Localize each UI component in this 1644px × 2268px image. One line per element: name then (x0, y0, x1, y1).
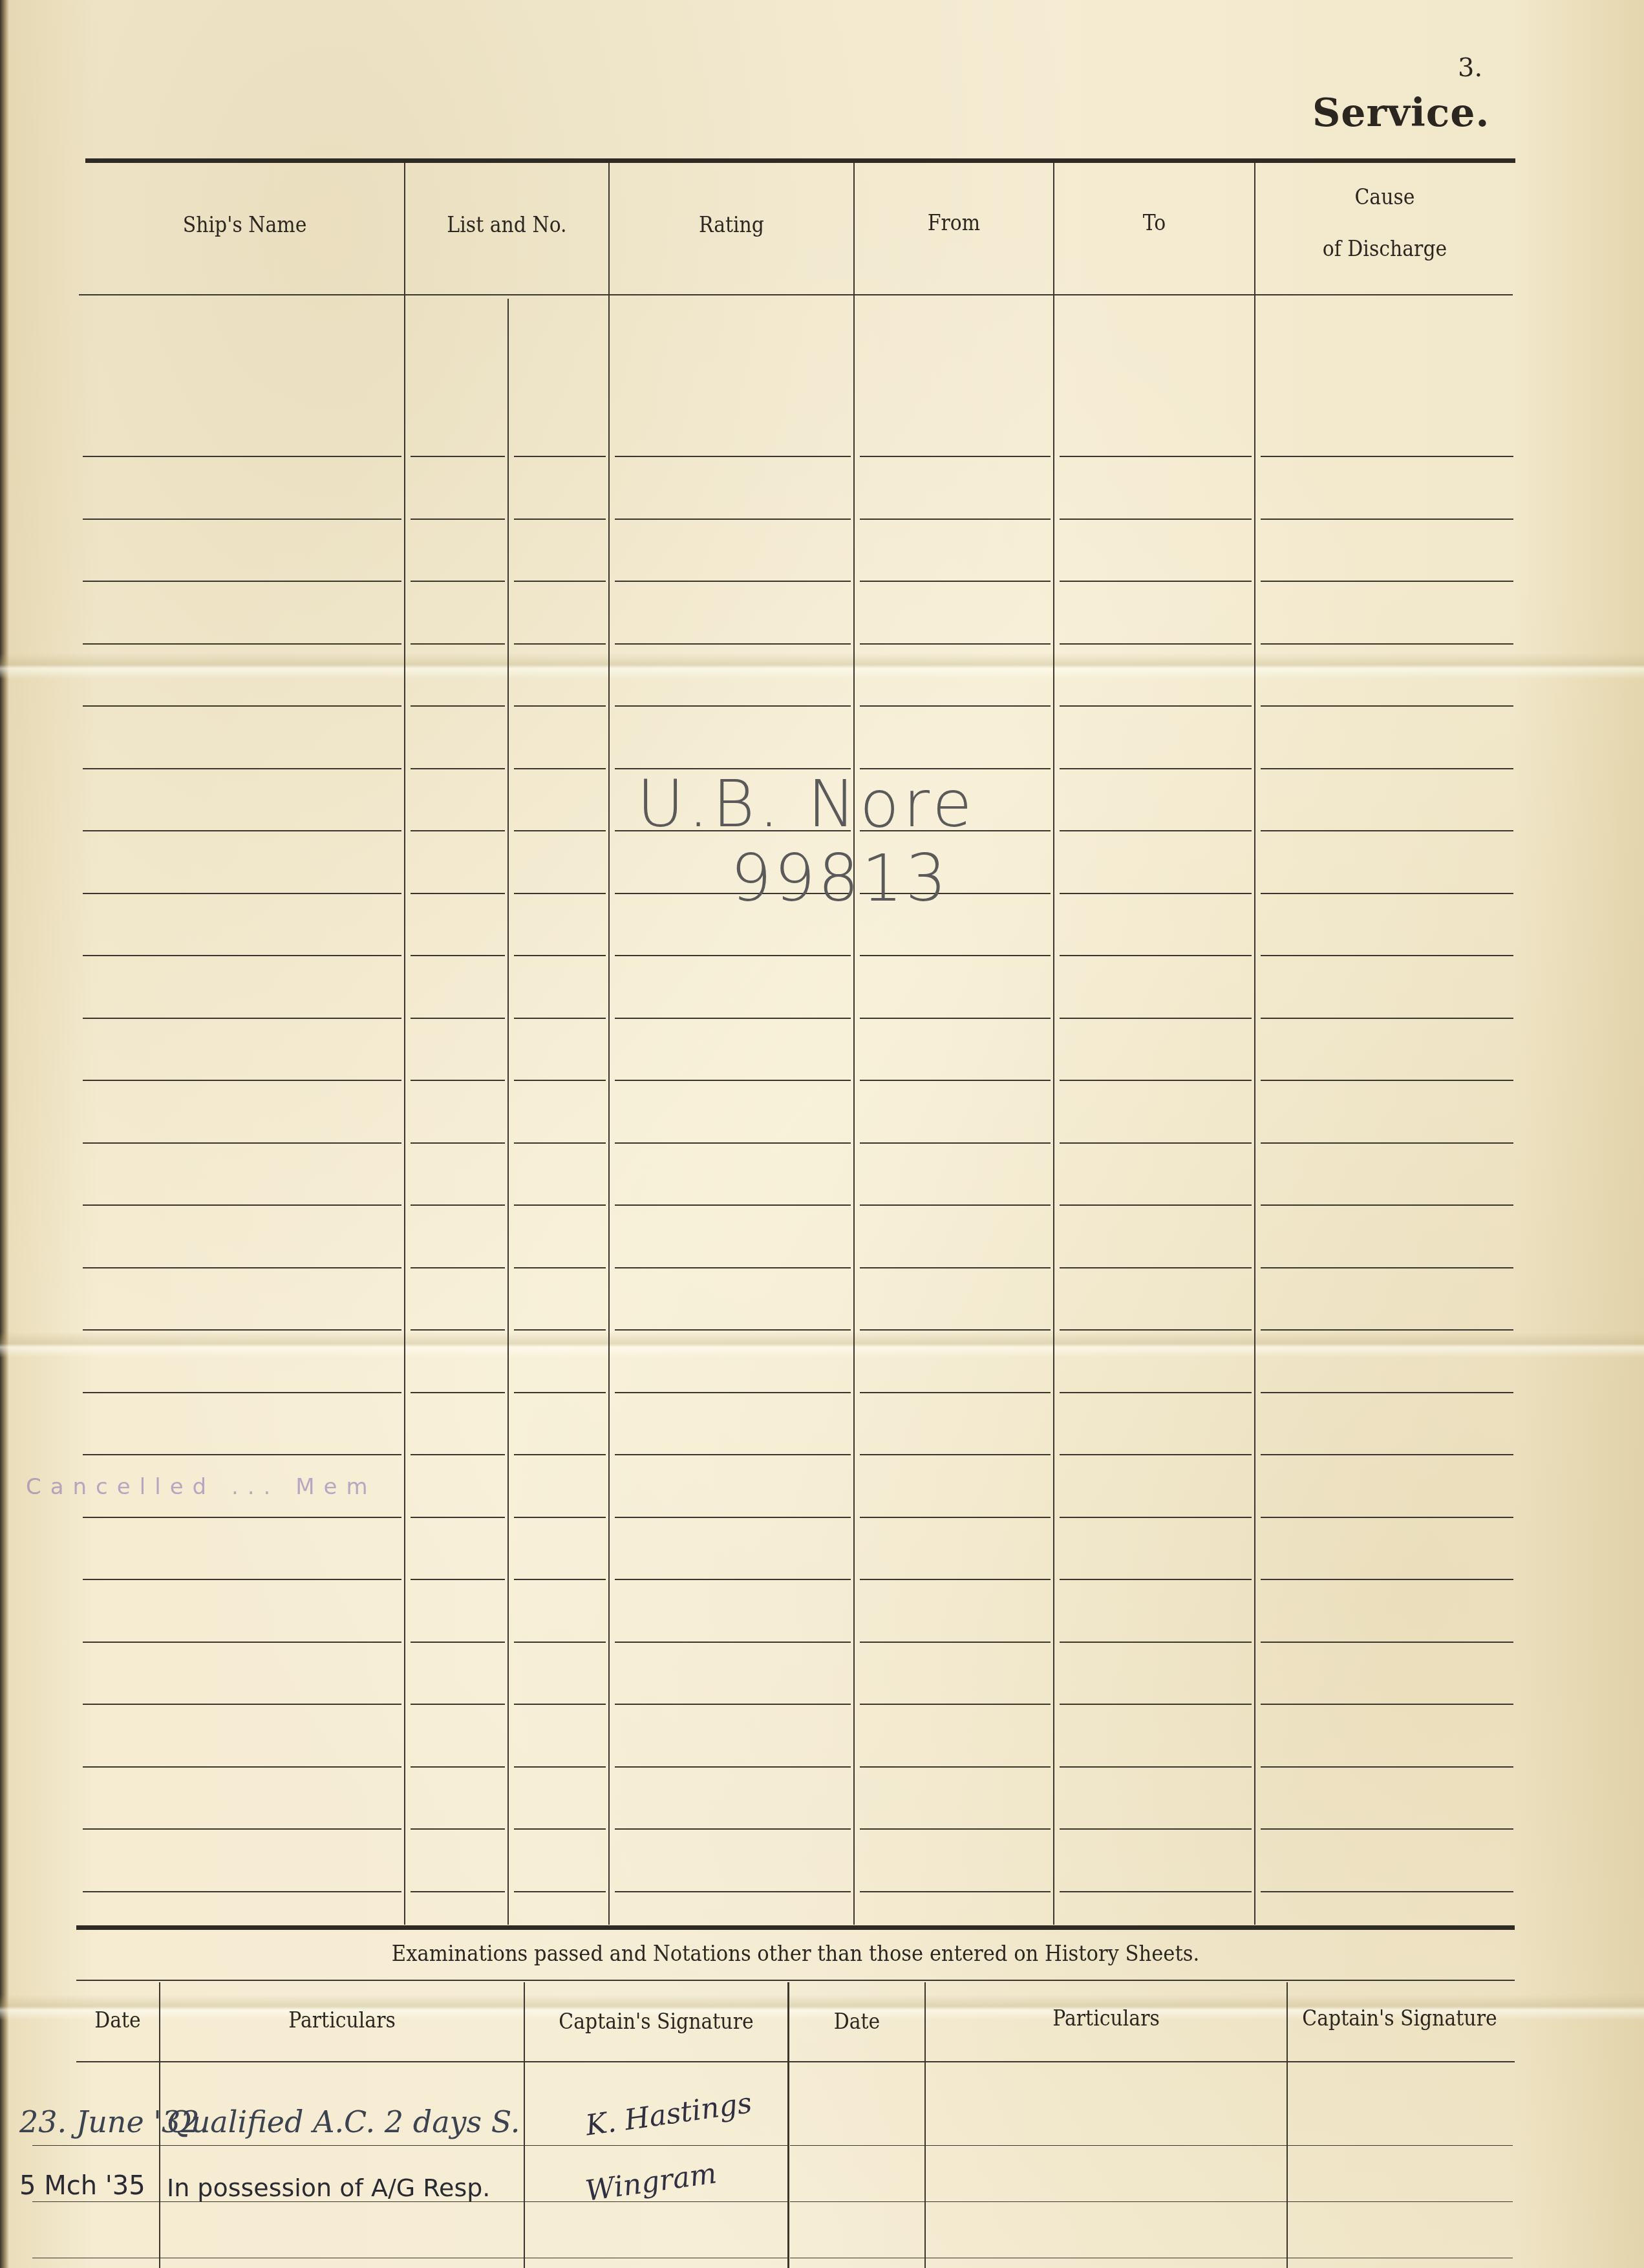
table-row-rule (514, 519, 606, 520)
table-row-rule (1261, 768, 1513, 769)
pencil-note-line2: 99813 (731, 840, 949, 916)
table-row-rule (83, 830, 401, 831)
faint-stamp: Cancelled ... Mem (26, 1474, 377, 1500)
table-row-rule (514, 456, 606, 457)
table-row-rule (83, 705, 401, 707)
table-row-rule (514, 1579, 606, 1580)
table-row-rule (615, 705, 851, 707)
table-row-rule (514, 581, 606, 582)
table-row-rule (411, 1080, 505, 1081)
table-row-rule (615, 1766, 851, 1768)
table-row-rule (1060, 1204, 1252, 1206)
exam-col-particulars-right: Particulars (947, 2006, 1265, 2031)
column-divider (787, 1982, 789, 2268)
table-row-rule (1060, 519, 1252, 520)
table-row-rule (83, 581, 401, 582)
table-row-rule (1261, 1454, 1513, 1455)
table-row-rule (83, 643, 401, 645)
column-header-to: To (1067, 210, 1243, 236)
table-row-rule (411, 1142, 505, 1144)
table-row-rule (860, 1642, 1051, 1643)
table-row-rule (1060, 1454, 1252, 1455)
table-row-rule (514, 768, 606, 769)
table-row-rule (1060, 1517, 1252, 1518)
table-row-rule (83, 1080, 401, 1081)
table-row-rule (411, 1454, 505, 1455)
exam-col-particulars-left: Particulars (182, 2007, 502, 2033)
table-row-rule (615, 1517, 851, 1518)
table-row-rule (514, 1204, 606, 1206)
table-row-rule (83, 955, 401, 956)
table-row-rule (514, 1766, 606, 1768)
table-row-rule (1060, 1891, 1252, 1892)
table-row-rule (83, 1142, 401, 1144)
table-row-rule (411, 1204, 505, 1206)
table-row-rule (411, 1517, 505, 1518)
table-row-rule (860, 955, 1051, 956)
table-row-rule (615, 456, 851, 457)
top-thick-rule (85, 158, 1515, 163)
table-row-rule (615, 1579, 851, 1580)
table-row-rule (860, 643, 1051, 645)
table-row-rule (514, 705, 606, 707)
table-row-rule (83, 1828, 401, 1830)
table-row-rule (411, 643, 505, 645)
header-bottom-rule (79, 294, 1513, 295)
table-row-rule (83, 1704, 401, 1705)
table-row-rule (1261, 1267, 1513, 1268)
table-row-rule (1261, 1018, 1513, 1019)
table-row-rule (615, 955, 851, 956)
table-row-rule (411, 768, 505, 769)
exam-header-bottom-rule (76, 2061, 1515, 2062)
exam-row-rule (790, 2201, 1513, 2202)
table-row-rule (615, 1454, 851, 1455)
table-row-rule (411, 1329, 505, 1331)
table-row-rule (83, 893, 401, 894)
column-header-from: From (866, 210, 1041, 236)
table-row-rule (615, 581, 851, 582)
table-row-rule (1261, 955, 1513, 956)
table-row-rule (411, 1642, 505, 1643)
table-row-rule (514, 643, 606, 645)
table-row-rule (615, 1891, 851, 1892)
table-row-rule (1060, 1080, 1252, 1081)
table-row-rule (615, 1018, 851, 1019)
column-header-ships-name: Ship's Name (105, 212, 385, 238)
table-row-rule (1261, 830, 1513, 831)
column-divider (853, 163, 855, 1925)
paper-fold-middle (0, 1332, 1644, 1358)
exam-col-date-left: Date (81, 2007, 155, 2033)
table-row-rule (615, 1142, 851, 1144)
table-row-rule (1261, 1766, 1513, 1768)
column-header-rating: Rating (625, 212, 839, 238)
table-row-rule (514, 893, 606, 894)
table-row-rule (615, 643, 851, 645)
table-row-rule (615, 1704, 851, 1705)
table-row-rule (1060, 643, 1252, 645)
table-row-rule (1060, 581, 1252, 582)
table-row-rule (411, 1704, 505, 1705)
table-row-rule (411, 1267, 505, 1268)
table-row-rule (860, 1142, 1051, 1144)
table-row-rule (514, 1454, 606, 1455)
table-row-rule (514, 1267, 606, 1268)
table-row-rule (1060, 1828, 1252, 1830)
table-row-rule (514, 1517, 606, 1518)
table-row-rule (860, 1704, 1051, 1705)
section-thick-rule (76, 1925, 1515, 1930)
table-row-rule (411, 893, 505, 894)
table-row-rule (1261, 1329, 1513, 1331)
table-row-rule (83, 1204, 401, 1206)
table-row-rule (1060, 1579, 1252, 1580)
table-row-rule (1060, 768, 1252, 769)
table-row-rule (514, 1142, 606, 1144)
pencil-note-line1: U.B. Nore (637, 766, 976, 842)
entry-1-signature: K. Hastings (584, 2086, 754, 2143)
table-row-rule (860, 1329, 1051, 1331)
column-divider (608, 163, 610, 1925)
table-row-rule (860, 1579, 1051, 1580)
column-divider (924, 1982, 926, 2268)
table-row-rule (1060, 1392, 1252, 1393)
table-row-rule (514, 955, 606, 956)
table-row-rule (1060, 955, 1252, 956)
table-row-rule (514, 1018, 606, 1019)
table-row-rule (1261, 705, 1513, 707)
table-row-rule (411, 705, 505, 707)
table-row-rule (411, 519, 505, 520)
column-divider (524, 1982, 525, 2268)
table-row-rule (1261, 893, 1513, 894)
table-row-rule (1261, 1080, 1513, 1081)
page-title: Service. (1312, 91, 1489, 136)
table-row-rule (1060, 1642, 1252, 1643)
table-row-rule (1060, 705, 1252, 707)
table-row-rule (860, 705, 1051, 707)
table-row-rule (1060, 893, 1252, 894)
table-row-rule (83, 1267, 401, 1268)
table-row-rule (1261, 1579, 1513, 1580)
table-row-rule (514, 1392, 606, 1393)
table-row-rule (1261, 1204, 1513, 1206)
table-row-rule (615, 1267, 851, 1268)
table-row-rule (1060, 1329, 1252, 1331)
table-row-rule (514, 1891, 606, 1892)
table-row-rule (83, 1642, 401, 1643)
table-row-rule (83, 1392, 401, 1393)
table-row-rule (514, 1704, 606, 1705)
column-divider (404, 163, 405, 1925)
entry-2-date: 5 Mch '35 (19, 2171, 145, 2201)
examinations-heading: Examinations passed and Notations other … (148, 1941, 1443, 1967)
table-row-rule (411, 456, 505, 457)
table-row-rule (83, 768, 401, 769)
table-row-rule (1261, 1704, 1513, 1705)
entry-2-particulars: In possession of A/G Resp. (167, 2174, 490, 2202)
table-row-rule (615, 1080, 851, 1081)
table-row-rule (860, 1204, 1051, 1206)
table-row-rule (411, 1828, 505, 1830)
table-row-rule (615, 1329, 851, 1331)
table-row-rule (514, 830, 606, 831)
table-row-rule (1060, 1766, 1252, 1768)
table-row-rule (860, 1392, 1051, 1393)
table-row-rule (1261, 519, 1513, 520)
table-row-rule (411, 1018, 505, 1019)
table-row-rule (615, 1204, 851, 1206)
table-row-rule (1060, 1018, 1252, 1019)
table-row-rule (1261, 643, 1513, 645)
table-row-rule (514, 1080, 606, 1081)
table-row-rule (1060, 456, 1252, 457)
table-row-rule (860, 1517, 1051, 1518)
table-row-rule (860, 1080, 1051, 1081)
column-header-list-and-no: List and No. (418, 212, 596, 238)
table-row-rule (514, 1329, 606, 1331)
table-row-rule (83, 1579, 401, 1580)
table-row-rule (615, 519, 851, 520)
table-row-rule (411, 581, 505, 582)
exam-row-rule (790, 2145, 1513, 2146)
column-subdivider (507, 299, 509, 1925)
table-row-rule (83, 1766, 401, 1768)
table-row-rule (860, 1018, 1051, 1019)
paper-fold-upper (0, 653, 1644, 679)
table-row-rule (860, 1828, 1051, 1830)
exam-col-signature-left: Captain's Signature (540, 2009, 771, 2035)
table-row-rule (1261, 456, 1513, 457)
table-row-rule (860, 1454, 1051, 1455)
column-header-cause: Cause (1271, 184, 1499, 210)
table-row-rule (83, 1018, 401, 1019)
table-row-rule (860, 581, 1051, 582)
table-row-rule (83, 1454, 401, 1455)
page-number: 3. (1458, 53, 1482, 83)
table-row-rule (1261, 581, 1513, 582)
table-row-rule (83, 519, 401, 520)
table-row-rule (1261, 1828, 1513, 1830)
table-row-rule (1060, 1142, 1252, 1144)
exam-row-rule (790, 2258, 1513, 2258)
table-row-rule (1261, 1642, 1513, 1643)
table-row-rule (411, 1579, 505, 1580)
exam-row-rule (32, 2258, 787, 2258)
table-row-rule (514, 1828, 606, 1830)
entry-1-particulars: Qualified A.C. 2 days S. (167, 2104, 520, 2139)
table-row-rule (514, 1642, 606, 1643)
table-row-rule (1261, 1517, 1513, 1518)
exam-col-date-right: Date (798, 2009, 917, 2035)
table-row-rule (83, 456, 401, 457)
column-divider (1254, 163, 1255, 1925)
column-divider (1053, 163, 1054, 1925)
table-row-rule (1060, 1267, 1252, 1268)
table-row-rule (860, 1267, 1051, 1268)
exam-row-rule (32, 2145, 787, 2146)
table-row-rule (411, 1891, 505, 1892)
table-row-rule (1060, 830, 1252, 831)
table-row-rule (411, 1766, 505, 1768)
table-row-rule (411, 955, 505, 956)
table-row-rule (860, 1766, 1051, 1768)
exam-col-signature-right: Captain's Signature (1294, 2006, 1505, 2031)
table-row-rule (411, 830, 505, 831)
table-row-rule (860, 456, 1051, 457)
table-row-rule (1261, 1392, 1513, 1393)
table-row-rule (83, 1517, 401, 1518)
table-row-rule (1060, 1704, 1252, 1705)
paper-edge (0, 0, 9, 2268)
entry-2-signature: Wingram (583, 2157, 718, 2208)
table-row-rule (83, 1891, 401, 1892)
table-row-rule (1261, 1891, 1513, 1892)
column-header-of-discharge: of Discharge (1271, 236, 1499, 262)
table-row-rule (83, 1329, 401, 1331)
table-row-rule (1261, 1142, 1513, 1144)
column-divider (1286, 1982, 1288, 2268)
exam-header-top-rule (76, 1980, 1515, 1981)
table-row-rule (860, 519, 1051, 520)
table-row-rule (411, 1392, 505, 1393)
table-row-rule (860, 1891, 1051, 1892)
table-row-rule (615, 1392, 851, 1393)
table-row-rule (615, 1828, 851, 1830)
table-row-rule (615, 1642, 851, 1643)
